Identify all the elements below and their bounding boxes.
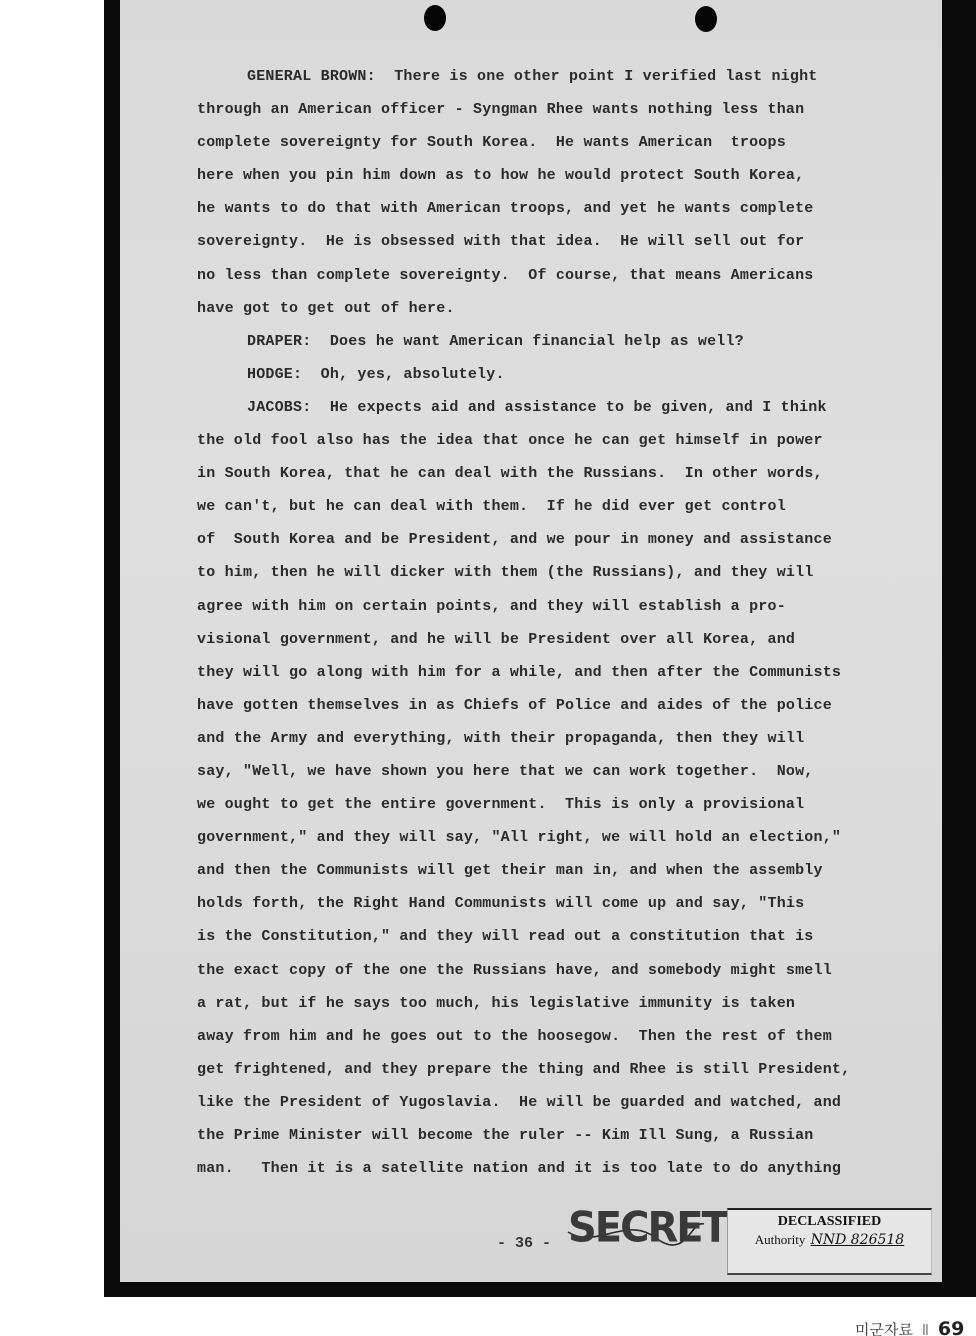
transcript-line: government," and they will say, "All rig…	[197, 821, 937, 854]
declassified-title: DECLASSIFIED	[728, 1214, 931, 1230]
transcript-line: JACOBS: He expects aid and assistance to…	[197, 391, 937, 424]
transcript-line: agree with him on certain points, and th…	[197, 590, 937, 623]
transcript-line: DRAPER: Does he want American financial …	[197, 325, 937, 358]
punch-hole-left	[424, 5, 446, 31]
transcript-line: get frightened, and they prepare the thi…	[197, 1053, 937, 1086]
transcript-line: to him, then he will dicker with them (t…	[197, 556, 937, 589]
authority-value: NND 826518	[811, 1232, 905, 1248]
secret-stamp: SECRET	[568, 1204, 727, 1252]
transcript-line: holds forth, the Right Hand Communists w…	[197, 887, 937, 920]
transcript-line: away from him and he goes out to the hoo…	[197, 1020, 937, 1053]
transcript-line: complete sovereignty for South Korea. He…	[197, 126, 937, 159]
book-footer: 미군자료 Ⅱ 69	[855, 1318, 964, 1336]
transcript-line: have gotten themselves in as Chiefs of P…	[197, 689, 937, 722]
transcript-line: we can't, but he can deal with them. If …	[197, 490, 937, 523]
authority-label: Authority	[755, 1232, 806, 1247]
transcript-body: GENERAL BROWN: There is one other point …	[197, 60, 937, 1185]
transcript-line: sovereignty. He is obsessed with that id…	[197, 225, 937, 258]
declassified-box: DECLASSIFIED Authority NND 826518	[727, 1208, 932, 1275]
transcript-line: of South Korea and be President, and we …	[197, 523, 937, 556]
transcript-line: and then the Communists will get their m…	[197, 854, 937, 887]
transcript-line: the Prime Minister will become the ruler…	[197, 1119, 937, 1152]
transcript-line: we ought to get the entire government. T…	[197, 788, 937, 821]
transcript-line: GENERAL BROWN: There is one other point …	[197, 60, 937, 93]
transcript-line: say, "Well, we have shown you here that …	[197, 755, 937, 788]
transcript-line: is the Constitution," and they will read…	[197, 920, 937, 953]
book-page-number: 69	[938, 1318, 964, 1336]
transcript-line: the old fool also has the idea that once…	[197, 424, 937, 457]
transcript-line: a rat, but if he says too much, his legi…	[197, 987, 937, 1020]
transcript-line: man. Then it is a satellite nation and i…	[197, 1152, 937, 1185]
transcript-line: and the Army and everything, with their …	[197, 722, 937, 755]
book-footer-separator: Ⅱ	[922, 1321, 929, 1336]
transcript-line: the exact copy of the one the Russians h…	[197, 954, 937, 987]
punch-hole-right	[695, 6, 717, 32]
transcript-line: HODGE: Oh, yes, absolutely.	[197, 358, 937, 391]
book-footer-label: 미군자료	[855, 1321, 913, 1336]
transcript-line: no less than complete sovereignty. Of co…	[197, 259, 937, 292]
transcript-line: like the President of Yugoslavia. He wil…	[197, 1086, 937, 1119]
transcript-line: have got to get out of here.	[197, 292, 937, 325]
transcript-line: he wants to do that with American troops…	[197, 192, 937, 225]
transcript-line: visional government, and he will be Pres…	[197, 623, 937, 656]
declassified-authority: Authority NND 826518	[728, 1232, 931, 1248]
transcript-line: here when you pin him down as to how he …	[197, 159, 937, 192]
transcript-line: they will go along with him for a while,…	[197, 656, 937, 689]
page-number: - 36 -	[497, 1235, 551, 1252]
transcript-line: in South Korea, that he can deal with th…	[197, 457, 937, 490]
transcript-line: through an American officer - Syngman Rh…	[197, 93, 937, 126]
